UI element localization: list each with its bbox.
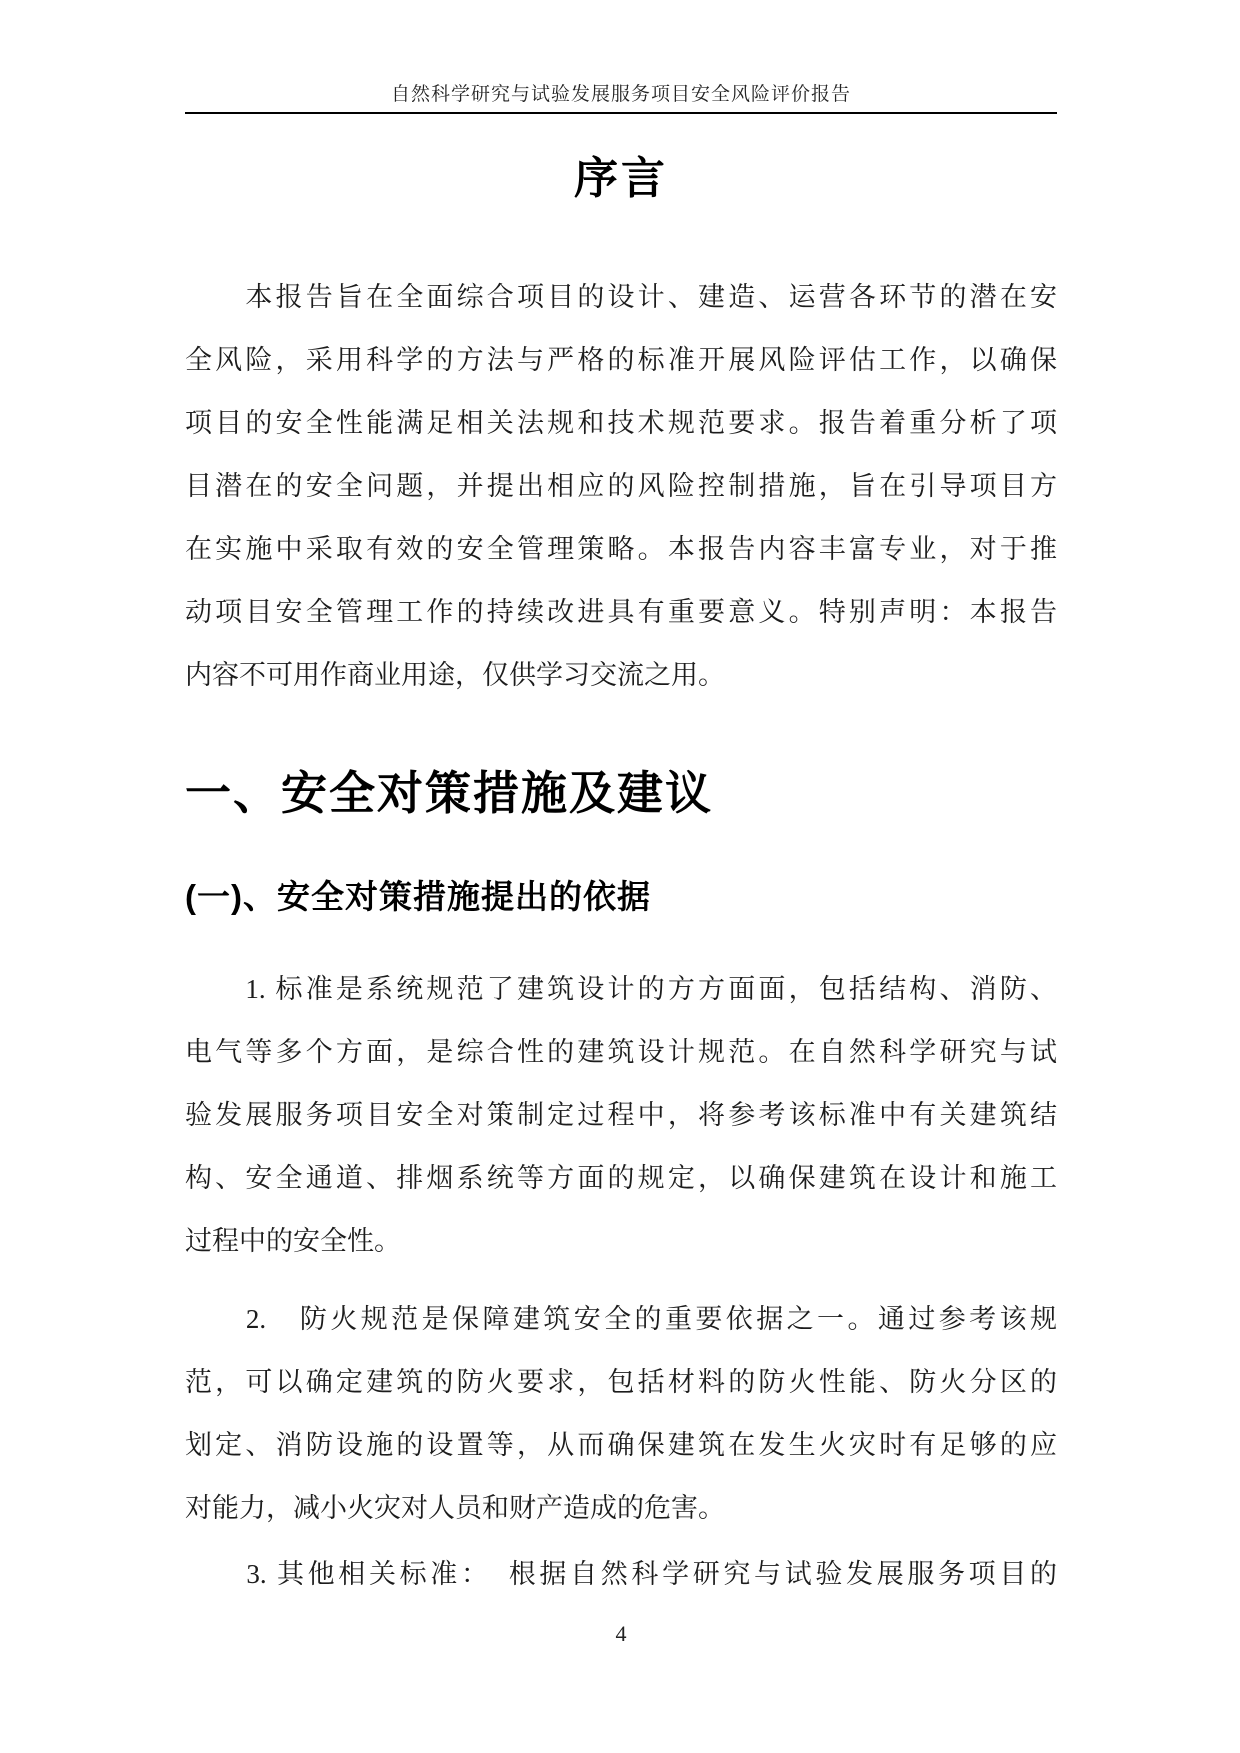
text-line: 验发展服务项目安全对策制定过程中，将参考该标准中有关建筑结: [185, 1084, 1057, 1147]
text-line: 全风险，采用科学的方法与严格的标准开展风险评估工作，以确保: [185, 329, 1057, 392]
text-line: 在实施中采取有效的安全管理策略。本报告内容丰富专业，对于推: [185, 518, 1057, 581]
page-header-title: 自然科学研究与试验发展服务项目安全风险评价报告: [185, 82, 1057, 108]
text-line: 构、安全通道、排烟系统等方面的规定，以确保建筑在设计和施工: [185, 1147, 1057, 1210]
text-line: 对能力，减小火灾对人员和财产造成的危害。: [185, 1477, 1057, 1540]
text-line: 目潜在的安全问题，并提出相应的风险控制措施，旨在引导项目方: [185, 455, 1057, 518]
text-line: 2. 防火规范是保障建筑安全的重要依据之一。通过参考该规: [185, 1288, 1057, 1351]
text-line: 动项目安全管理工作的持续改进具有重要意义。特别声明：本报告: [185, 581, 1057, 644]
text-line: 本报告旨在全面综合项目的设计、建造、运营各环节的潜在安: [185, 266, 1057, 329]
text-line: 电气等多个方面，是综合性的建筑设计规范。在自然科学研究与试: [185, 1021, 1057, 1084]
text-line: 划定、消防设施的设置等，从而确保建筑在发生火灾时有足够的应: [185, 1414, 1057, 1477]
document-page: 自然科学研究与试验发展服务项目安全风险评价报告 序言 本报告旨在全面综合项目的设…: [0, 0, 1240, 1753]
body-paragraph-1: 1. 标准是系统规范了建筑设计的方方面面，包括结构、消防、电气等多个方面，是综合…: [185, 958, 1057, 1273]
text-line: 过程中的安全性。: [185, 1210, 1057, 1273]
header-rule: [185, 112, 1057, 114]
intro-paragraph: 本报告旨在全面综合项目的设计、建造、运营各环节的潜在安全风险，采用科学的方法与严…: [185, 266, 1057, 707]
text-line: 项目的安全性能满足相关法规和技术规范要求。报告着重分析了项: [185, 392, 1057, 455]
page-number: 4: [185, 1620, 1057, 1648]
text-line: 内容不可用作商业用途，仅供学习交流之用。: [185, 644, 1057, 707]
text-line: 范，可以确定建筑的防火要求，包括材料的防火性能、防火分区的: [185, 1351, 1057, 1414]
text-line: 1. 标准是系统规范了建筑设计的方方面面，包括结构、消防、: [185, 958, 1057, 1021]
body-paragraph-3: 3. 其他相关标准： 根据自然科学研究与试验发展服务项目的: [185, 1543, 1057, 1606]
subsection-heading: (一)、安全对策措施提出的依据: [185, 874, 1057, 920]
body-paragraph-2: 2. 防火规范是保障建筑安全的重要依据之一。通过参考该规范，可以确定建筑的防火要…: [185, 1288, 1057, 1540]
document-title: 序言: [185, 146, 1057, 212]
section-heading: 一、安全对策措施及建议: [185, 760, 1057, 826]
text-line: 3. 其他相关标准： 根据自然科学研究与试验发展服务项目的: [185, 1543, 1057, 1606]
